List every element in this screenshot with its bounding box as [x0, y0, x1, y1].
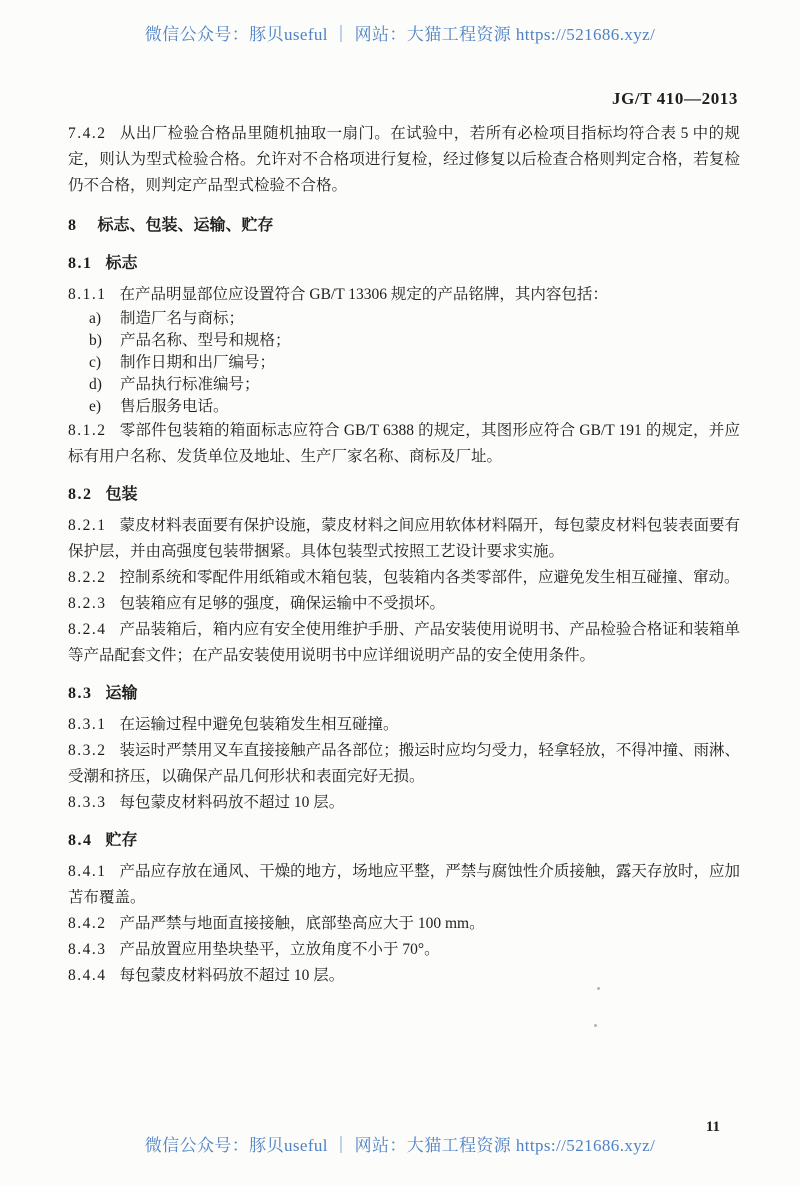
clause-text: 包装 — [106, 486, 138, 503]
watermark-bottom: 微信公众号：豚贝useful ｜ 网站：大猫工程资源 https://52168… — [0, 1131, 800, 1156]
list-marker: d) — [89, 374, 107, 396]
watermark-bottom-text: 微信公众号：豚贝useful ｜ 网站：大猫工程资源 https://52168… — [145, 1136, 655, 1155]
clause-text: 每包蒙皮材料码放不超过 10 层。 — [120, 967, 345, 984]
clause-paragraph: 8.3.3每包蒙皮材料码放不超过 10 层。 — [68, 790, 740, 816]
clause-number: 8.3.2 — [68, 742, 107, 759]
doc-code: JG/T 410—2013 — [612, 89, 738, 109]
clause-text: 运输 — [106, 685, 138, 702]
list-item: a)制造厂名与商标； — [68, 308, 740, 330]
clause-text: 标志、包装、运输、贮存 — [98, 217, 274, 234]
clause-paragraph: 8.2.2控制系统和零配件用纸箱或木箱包装，包装箱内各类零部件，应避免发生相互碰… — [68, 565, 740, 591]
clause-text: 在运输过程中避免包装箱发生相互碰撞。 — [120, 716, 399, 733]
clause-number: 8.2.3 — [68, 595, 107, 612]
clause-number: 8.1 — [68, 255, 93, 272]
clause-paragraph: 8.4.4每包蒙皮材料码放不超过 10 层。 — [68, 963, 740, 989]
list-item: c)制作日期和出厂编号； — [68, 352, 740, 374]
clause-paragraph: 8.2.4产品装箱后，箱内应有安全使用维护手册、产品安装使用说明书、产品检验合格… — [68, 617, 740, 669]
clause-number: 8.4.1 — [68, 863, 107, 880]
clause-number: 8.2.2 — [68, 569, 107, 586]
clause-number: 8.2.4 — [68, 621, 107, 638]
clause-number: 8.4.2 — [68, 915, 107, 932]
subsection-heading: 8.4贮存 — [68, 828, 740, 854]
list-marker: e) — [89, 396, 107, 418]
clause-paragraph: 8.2.3包装箱应有足够的强度，确保运输中不受损坏。 — [68, 591, 740, 617]
clause-text: 产品应存放在通风、干燥的地方，场地应平整，严禁与腐蚀性介质接触，露天存放时，应加… — [68, 863, 740, 906]
clause-paragraph: 8.4.2产品严禁与地面直接接触，底部垫高应大于 100 mm。 — [68, 911, 740, 937]
subsection-heading: 8.1标志 — [68, 251, 740, 277]
clause-text: 贮存 — [106, 832, 138, 849]
subsection-heading: 8.3运输 — [68, 681, 740, 707]
clause-text: 在产品明显部位应设置符合 GB/T 13306 规定的产品铭牌，其内容包括： — [120, 286, 608, 303]
document-content: 7.4.2从出厂检验合格品里随机抽取一扇门。在试验中，若所有必检项目指标均符合表… — [68, 121, 740, 989]
clause-text: 装运时严禁用叉车直接接触产品各部位；搬运时应均匀受力，轻拿轻放，不得冲撞、雨淋、… — [68, 742, 740, 785]
clause-text: 售后服务电话。 — [120, 398, 229, 415]
clause-number: 8.2 — [68, 486, 93, 503]
clause-number: 8.2.1 — [68, 517, 107, 534]
list-marker: a) — [89, 308, 107, 330]
clause-number: 7.4.2 — [68, 125, 107, 142]
clause-text: 产品名称、型号和规格； — [120, 332, 291, 349]
clause-number: 8.4.4 — [68, 967, 107, 984]
clause-text: 包装箱应有足够的强度，确保运输中不受损坏。 — [120, 595, 446, 612]
clause-text: 标志 — [106, 255, 138, 272]
clause-text: 产品执行标准编号； — [120, 376, 260, 393]
clause-text: 零部件包装箱的箱面标志应符合 GB/T 6388 的规定，其图形应符合 GB/T… — [68, 422, 740, 465]
clause-number: 8.1.1 — [68, 286, 107, 303]
list-item: d)产品执行标准编号； — [68, 374, 740, 396]
clause-text: 每包蒙皮材料码放不超过 10 层。 — [120, 794, 345, 811]
list-marker: c) — [89, 352, 107, 374]
clause-number: 8.4.3 — [68, 941, 107, 958]
clause-paragraph: 8.3.1在运输过程中避免包装箱发生相互碰撞。 — [68, 712, 740, 738]
watermark-top: 微信公众号：豚贝useful ｜ 网站：大猫工程资源 https://52168… — [0, 20, 800, 45]
clause-paragraph: 8.1.2零部件包装箱的箱面标志应符合 GB/T 6388 的规定，其图形应符合… — [68, 418, 740, 470]
clause-paragraph: 8.1.1在产品明显部位应设置符合 GB/T 13306 规定的产品铭牌，其内容… — [68, 282, 740, 308]
list-marker: b) — [89, 330, 107, 352]
section-heading: 8标志、包装、运输、贮存 — [68, 213, 740, 239]
clause-paragraph: 8.4.3产品放置应用垫块垫平，立放角度不小于 70°。 — [68, 937, 740, 963]
clause-text: 产品严禁与地面直接接触，底部垫高应大于 100 mm。 — [120, 915, 485, 932]
clause-paragraph: 8.3.2装运时严禁用叉车直接接触产品各部位；搬运时应均匀受力，轻拿轻放，不得冲… — [68, 738, 740, 790]
list-item: b)产品名称、型号和规格； — [68, 330, 740, 352]
clause-number: 8.3.3 — [68, 794, 107, 811]
clause-paragraph: 8.4.1产品应存放在通风、干燥的地方，场地应平整，严禁与腐蚀性介质接触，露天存… — [68, 859, 740, 911]
document-page: 微信公众号：豚贝useful ｜ 网站：大猫工程资源 https://52168… — [0, 0, 800, 1186]
clause-number: 8.1.2 — [68, 422, 107, 439]
clause-number: 8 — [68, 217, 78, 234]
list-item: e)售后服务电话。 — [68, 396, 740, 418]
clause-text: 产品装箱后，箱内应有安全使用维护手册、产品安装使用说明书、产品检验合格证和装箱单… — [68, 621, 740, 664]
clause-paragraph: 7.4.2从出厂检验合格品里随机抽取一扇门。在试验中，若所有必检项目指标均符合表… — [68, 121, 740, 199]
clause-number: 8.3 — [68, 685, 93, 702]
clause-number: 8.4 — [68, 832, 93, 849]
subsection-heading: 8.2包装 — [68, 482, 740, 508]
clause-number: 8.3.1 — [68, 716, 107, 733]
scan-speck — [594, 1024, 597, 1027]
clause-text: 控制系统和零配件用纸箱或木箱包装，包装箱内各类零部件，应避免发生相互碰撞、窜动。 — [120, 569, 740, 586]
watermark-top-text: 微信公众号：豚贝useful ｜ 网站：大猫工程资源 https://52168… — [145, 25, 655, 44]
scan-speck — [597, 987, 600, 990]
clause-text: 制造厂名与商标； — [120, 310, 244, 327]
clause-text: 制作日期和出厂编号； — [120, 354, 275, 371]
clause-text: 蒙皮材料表面要有保护设施，蒙皮材料之间应用软体材料隔开，每包蒙皮材料包装表面要有… — [68, 517, 740, 560]
clause-text: 产品放置应用垫块垫平，立放角度不小于 70°。 — [120, 941, 440, 958]
clause-paragraph: 8.2.1蒙皮材料表面要有保护设施，蒙皮材料之间应用软体材料隔开，每包蒙皮材料包… — [68, 513, 740, 565]
clause-text: 从出厂检验合格品里随机抽取一扇门。在试验中，若所有必检项目指标均符合表 5 中的… — [68, 125, 740, 194]
